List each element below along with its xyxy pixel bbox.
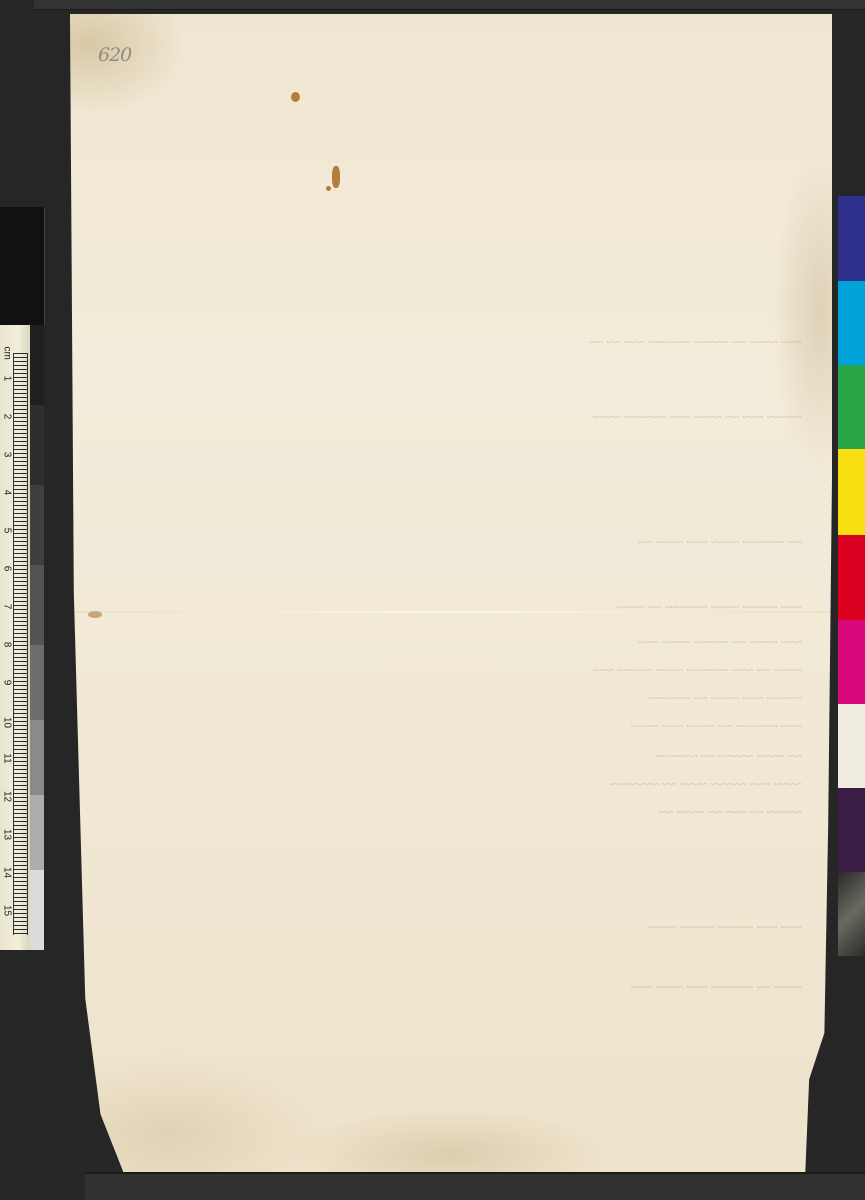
ruler-label: 7 xyxy=(2,601,13,613)
bleed-through-text: ~~~~ ~~~ ~~~~~ ~~~~ ~~ ~~~~~~~ xyxy=(90,776,802,792)
ruler-ticks xyxy=(13,353,28,935)
color-patch-yellow xyxy=(838,449,865,535)
color-patch-white xyxy=(838,704,865,788)
bleed-through-text: ~~ ~~~~~~ ~~~~ ~~~ ~~~~ ~~ xyxy=(90,534,802,550)
color-patch-red xyxy=(838,535,865,620)
ruler-label: 10 xyxy=(2,717,13,729)
color-patch-purple xyxy=(838,788,865,872)
color-patch-photo xyxy=(838,872,865,956)
ruler-label: 15 xyxy=(2,905,13,917)
gray-scale-patch xyxy=(30,870,44,950)
ruler-unit-label: cm xyxy=(2,347,13,359)
ruler-label: 8 xyxy=(2,639,13,651)
ruler-label: 12 xyxy=(2,791,13,803)
bleed-through-text: ~~~~ ~~ ~~~ ~~~~~~ ~~~~ ~~~~~ ~~~ xyxy=(90,662,802,678)
bleed-through-text: ~~~ ~~~ ~~~~~ ~~~~~ ~~~~ xyxy=(90,919,802,935)
bleed-through-text: ~~~ ~~~~~~ ~~ ~~~~ ~~~ ~~~~ xyxy=(90,718,802,734)
bleed-through-text: ~~~~ ~~ ~~~~~~ ~~~ ~~~~ ~~~ xyxy=(90,979,802,995)
manuscript-leaf: 620 ~~~ ~~~~ ~~ ~~~~~ ~~~~~~ ~~~ ~~ ~~ ~… xyxy=(70,14,832,1172)
ink-stain xyxy=(332,166,340,188)
ruler-label: 4 xyxy=(2,487,13,499)
bleed-through-text: ~~~ ~~~~~ ~~~~ ~~~~~~ ~~ ~~~~ xyxy=(90,599,802,615)
ruler-label: 2 xyxy=(2,411,13,423)
ink-stain xyxy=(291,92,300,102)
ruler-label: 11 xyxy=(2,753,13,765)
ruler-label: 6 xyxy=(2,563,13,575)
ruler-label: 1 xyxy=(2,373,13,385)
gray-scale-patch xyxy=(30,325,44,405)
mount-board-top xyxy=(34,0,865,10)
ruler-label: 14 xyxy=(2,867,13,879)
gray-scale-patch xyxy=(30,645,44,720)
bleed-through-text: ~~~~~ ~~~ ~~ ~~~~ ~~~ ~~~~~~ ~~~~ xyxy=(220,409,802,425)
ruler-header-block xyxy=(0,207,45,325)
bleed-through-text: ~~~ ~~~~ ~~ ~~~~~ ~~~~~~ ~~~ ~~ ~~ xyxy=(230,334,802,350)
color-patch-cyan xyxy=(838,281,865,365)
gray-scale-patch xyxy=(30,565,44,645)
bleed-through-text: ~~~~~ ~~ ~~~ ~~ ~~~~ ~~ xyxy=(90,804,802,820)
ruler-label: 13 xyxy=(2,829,13,841)
bleed-through-text: ~~~ ~~~~ ~~ ~~~~~ ~~~~ ~~~ xyxy=(90,634,802,650)
measurement-ruler: cm 1 2 3 4 5 6 7 8 9 10 11 12 13 14 15 xyxy=(0,325,30,950)
gray-scale-patch xyxy=(30,405,44,485)
ruler-label: 9 xyxy=(2,677,13,689)
bleed-through-text: ~~~~~ ~~~ ~~~~ ~~ ~~~~~~ xyxy=(90,690,802,706)
ruler-label: 3 xyxy=(2,449,13,461)
color-patch-magenta xyxy=(838,620,865,704)
ruler-label: 5 xyxy=(2,525,13,537)
gray-scale-patch xyxy=(30,795,44,870)
bleed-through-text: ~~ ~~~~ ~~~~~ ~~ ~~~~~~ xyxy=(90,748,802,764)
gray-scale-patch xyxy=(30,720,44,795)
ink-stain xyxy=(326,186,331,191)
color-patch-blue xyxy=(838,196,865,281)
folio-number: 620 xyxy=(98,44,131,66)
color-patch-green xyxy=(838,365,865,449)
mount-board-bottom xyxy=(85,1172,865,1200)
gray-scale-patch xyxy=(30,485,44,565)
